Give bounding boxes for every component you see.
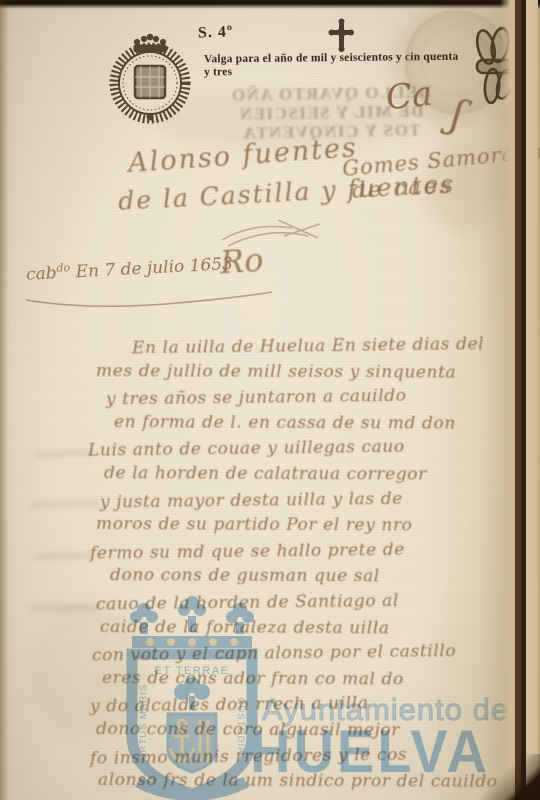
- manuscript-line: dono cons de gusman que sal: [110, 563, 518, 590]
- manuscript-body: En la uilla de Huelua En siete dias delm…: [88, 334, 518, 795]
- manuscript-line: alonso frs de la um sindico pror del cau…: [98, 768, 518, 795]
- page-fold-shadow: [500, 0, 515, 800]
- page-top-edge: [0, 0, 540, 9]
- manuscript-line: de la horden de calatraua corregor: [104, 461, 518, 488]
- manuscript-line: dono cons de coro alguasil mejor: [96, 717, 518, 744]
- manuscript-line: y justa mayor desta uilla y las de: [100, 485, 518, 516]
- page-left-edge: [0, 0, 8, 800]
- manuscript-line: eres de cons ador fran co mal do: [102, 666, 518, 693]
- royal-seal-stamp-icon: [104, 33, 196, 125]
- manuscript-line: cauo de la horden de Santiago al: [96, 587, 518, 618]
- margin-note-abbr: cab: [26, 263, 58, 285]
- page-right-edge: [500, 0, 540, 800]
- manuscript-line: caide de la fortaleza desta uilla: [100, 615, 518, 642]
- cross-icon: [328, 18, 354, 54]
- manuscript-line: Luis anto de couae y uillegas cauo: [88, 434, 518, 465]
- next-page-sliver: [526, 0, 538, 800]
- manuscript-line: moros de su partido Por el rey nro: [96, 512, 518, 539]
- manuscript-line: mes de jullio de mill seisos y sinquenta: [96, 359, 518, 386]
- margin-note-superscript: do: [56, 261, 70, 275]
- manuscript-line: y tres años se juntaron a cauildo: [106, 383, 518, 414]
- scanned-manuscript-page: S. 4º Valga para el año de mil y seiscie…: [0, 0, 540, 800]
- manuscript-line: con voto y el capn alonso por el castill…: [92, 639, 518, 670]
- manuscript-line: En la uilla de Huelua En siete dias del: [132, 332, 518, 362]
- stamp-class-label: S. 4º: [198, 23, 234, 42]
- bottom-right-shadow: [470, 754, 540, 800]
- manuscript-line: y do alcaldes don rrech a uilla: [90, 690, 518, 721]
- manuscript-line: fo insmo munis rregidores y le cos: [90, 741, 518, 772]
- margin-note-underline: [24, 286, 274, 308]
